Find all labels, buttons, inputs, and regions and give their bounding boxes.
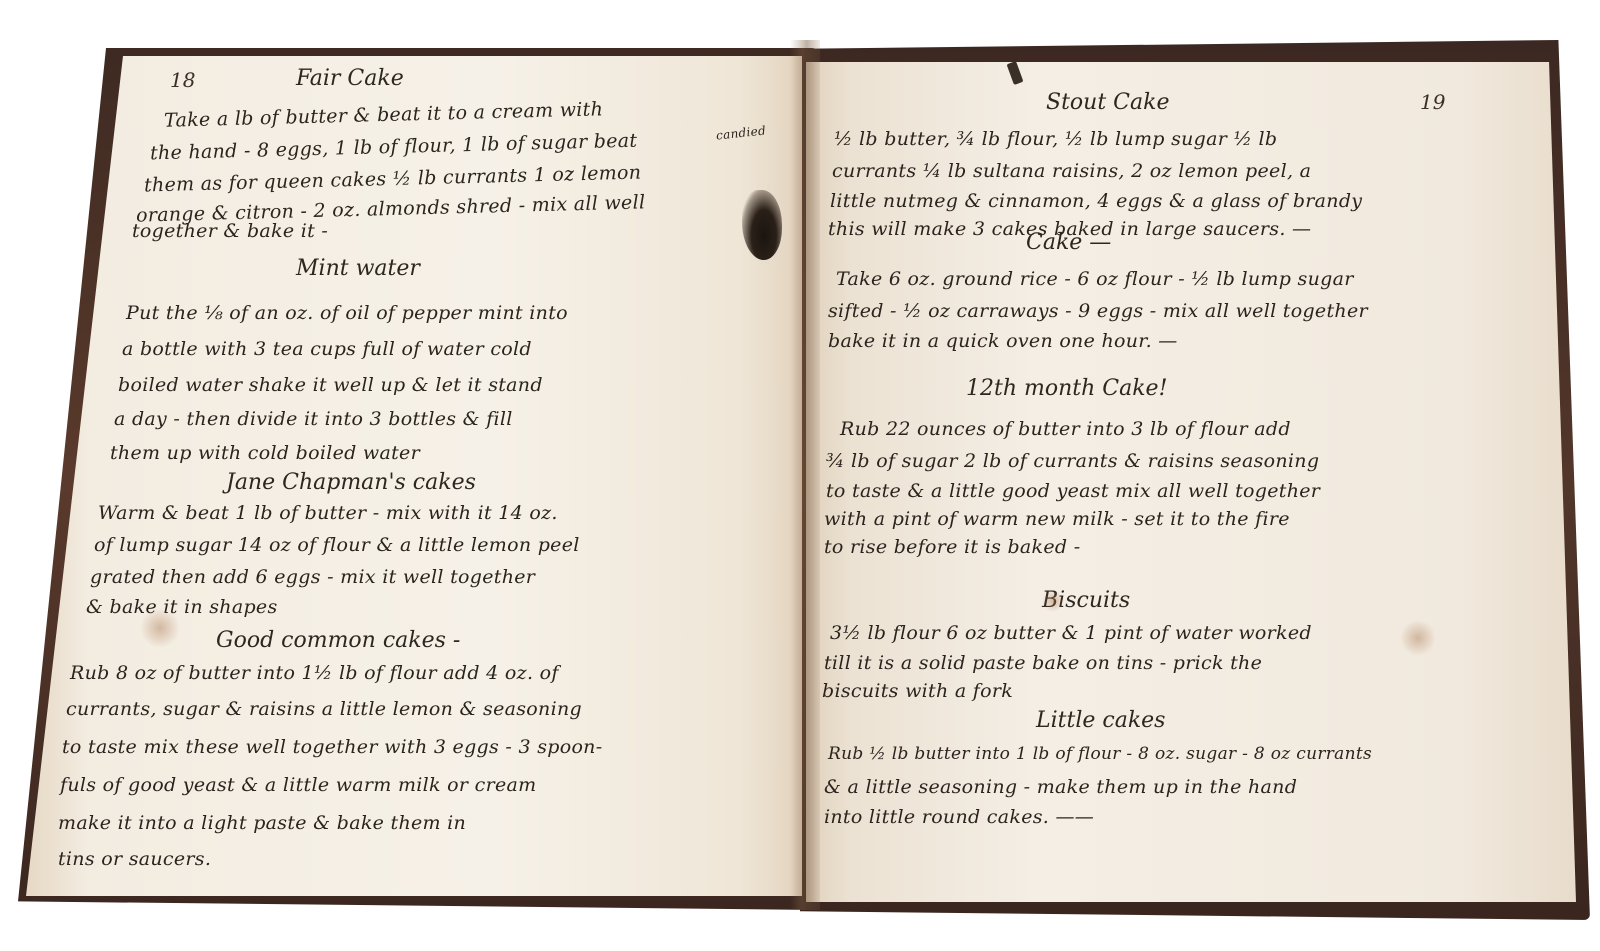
recipe-line: a bottle with 3 tea cups full of water c… — [122, 338, 532, 360]
recipe-line: ½ lb butter, ¾ lb flour, ½ lb lump sugar… — [834, 128, 1277, 150]
recipe-line: them as for queen cakes ½ lb currants 1 … — [144, 161, 642, 196]
recipe-line: Take a lb of butter & beat it to a cream… — [164, 98, 604, 131]
recipe-line: currants, sugar & raisins a little lemon… — [66, 698, 582, 720]
page-number: 18 — [170, 68, 195, 92]
recipe-line: to taste & a little good yeast mix all w… — [826, 480, 1320, 502]
recipe-line: Put the ⅛ of an oz. of oil of pepper min… — [126, 302, 568, 324]
recipe-line: make it into a light paste & bake them i… — [58, 812, 466, 834]
recipe-line: biscuits with a fork — [822, 680, 1013, 702]
recipe-title-fair-cake: Fair Cake — [296, 66, 404, 91]
recipe-line: to taste mix these well together with 3 … — [62, 736, 602, 758]
stain — [1042, 590, 1064, 612]
recipe-title-stout-cake: Stout Cake — [1046, 90, 1169, 115]
recipe-title-little-cakes: Little cakes — [1036, 708, 1165, 733]
right-page: 19 Stout Cake ½ lb butter, ¾ lb flour, ½… — [806, 62, 1576, 902]
recipe-line: Warm & beat 1 lb of butter - mix with it… — [98, 502, 558, 524]
recipe-line: the hand - 8 eggs, 1 lb of flour, 1 lb o… — [150, 130, 638, 165]
recipe-line: boiled water shake it well up & let it s… — [118, 374, 543, 396]
recipe-title-mint-water: Mint water — [296, 256, 420, 281]
recipe-line: 3½ lb flour 6 oz butter & 1 pint of wate… — [830, 622, 1312, 644]
recipe-line: Rub 8 oz of butter into 1½ lb of flour a… — [70, 662, 559, 684]
stain — [1400, 620, 1436, 656]
annotation-candied: candied — [715, 123, 766, 142]
recipe-line: with a pint of warm new milk - set it to… — [824, 508, 1290, 530]
ink-blot — [742, 190, 782, 260]
recipe-line: Rub ½ lb butter into 1 lb of flour - 8 o… — [828, 744, 1372, 764]
recipe-line: & bake it in shapes — [86, 596, 278, 618]
recipe-title-good-common-cakes: Good common cakes - — [216, 628, 460, 653]
recipe-title-12th-month-cake: 12th month Cake! — [966, 376, 1167, 401]
recipe-line: grated then add 6 eggs - mix it well tog… — [90, 566, 535, 588]
recipe-line: bake it in a quick oven one hour. — — [828, 330, 1178, 352]
recipe-line: into little round cakes. —— — [824, 806, 1094, 828]
recipe-line: Rub 22 ounces of butter into 3 lb of flo… — [840, 418, 1291, 440]
recipe-line: a day - then divide it into 3 bottles & … — [114, 408, 513, 430]
recipe-line: Take 6 oz. ground rice - 6 oz flour - ½ … — [836, 268, 1354, 290]
page-number: 19 — [1420, 90, 1445, 114]
recipe-line: till it is a solid paste bake on tins - … — [824, 652, 1262, 674]
book-spine — [790, 40, 820, 910]
recipe-line: of lump sugar 14 oz of flour & a little … — [94, 534, 580, 556]
recipe-line: tins or saucers. — [58, 848, 211, 870]
recipe-line: sifted - ½ oz carraways - 9 eggs - mix a… — [828, 300, 1368, 322]
recipe-line: & a little seasoning - make them up in t… — [824, 776, 1297, 798]
recipe-line: together & bake it - — [132, 220, 328, 242]
left-page: 18 Fair Cake candied Take a lb of butter… — [26, 56, 802, 896]
stain — [140, 608, 180, 648]
open-recipe-book: 18 Fair Cake candied Take a lb of butter… — [0, 0, 1600, 951]
recipe-line: ¾ lb of sugar 2 lb of currants & raisins… — [826, 450, 1319, 472]
recipe-line: fuls of good yeast & a little warm milk … — [60, 774, 536, 796]
recipe-line: currants ¼ lb sultana raisins, 2 oz lemo… — [832, 160, 1311, 182]
recipe-title-cake: Cake — — [1026, 230, 1111, 255]
recipe-title-jane-chapmans-cakes: Jane Chapman's cakes — [226, 470, 476, 495]
recipe-line: little nutmeg & cinnamon, 4 eggs & a gla… — [830, 190, 1362, 212]
recipe-line: to rise before it is baked - — [824, 536, 1080, 558]
recipe-line: them up with cold boiled water — [110, 442, 420, 464]
